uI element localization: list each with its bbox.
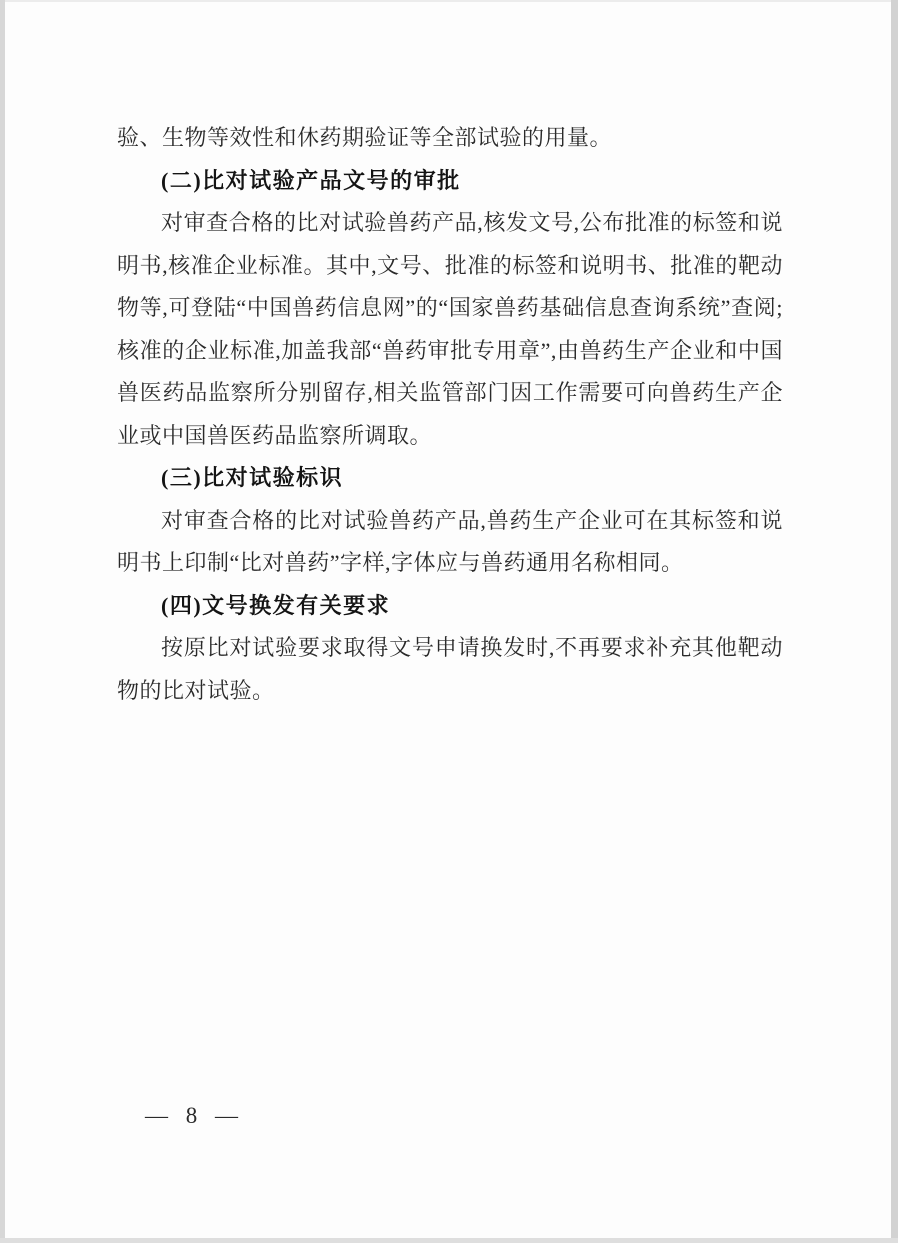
section-heading-2: (二)比对试验产品文号的审批 <box>117 160 783 203</box>
scan-edge-top <box>0 0 898 2</box>
paragraph-section-4: 按原比对试验要求取得文号申请换发时,不再要求补充其他靶动物的比对试验。 <box>117 627 783 712</box>
section-heading-3: (三)比对试验标识 <box>117 457 783 500</box>
page-number: — 8 — <box>145 1103 244 1129</box>
scan-edge-right <box>891 0 898 1243</box>
document-body: 验、生物等效性和休药期验证等全部试验的用量。 (二)比对试验产品文号的审批 对审… <box>117 117 783 712</box>
paragraph-continuation: 验、生物等效性和休药期验证等全部试验的用量。 <box>117 117 783 160</box>
document-page: 验、生物等效性和休药期验证等全部试验的用量。 (二)比对试验产品文号的审批 对审… <box>0 0 898 1243</box>
paragraph-section-2: 对审查合格的比对试验兽药产品,核发文号,公布批准的标签和说明书,核准企业标准。其… <box>117 202 783 457</box>
scan-edge-left <box>0 0 5 1243</box>
section-heading-4: (四)文号换发有关要求 <box>117 585 783 628</box>
paragraph-section-3: 对审查合格的比对试验兽药产品,兽药生产企业可在其标签和说明书上印制“比对兽药”字… <box>117 500 783 585</box>
scan-edge-bottom <box>0 1238 898 1243</box>
